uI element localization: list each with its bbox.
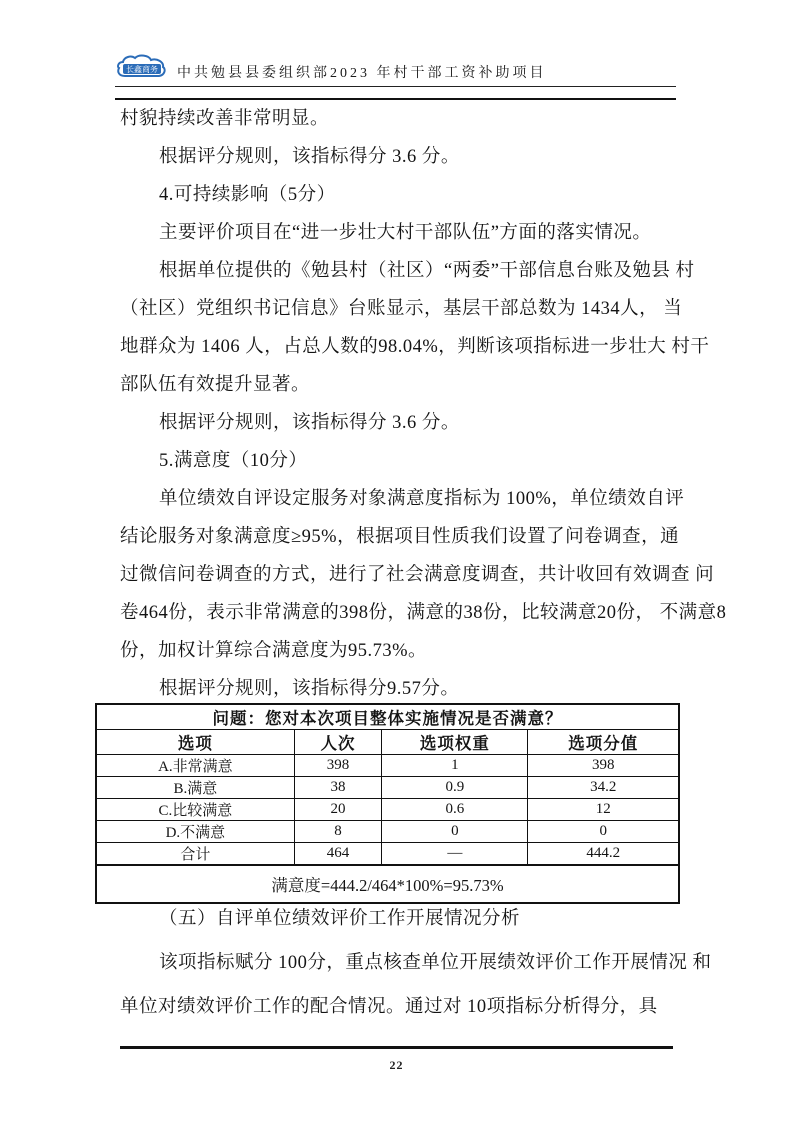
body-line: 根据评分规则，该指标得分 3.6 分。 bbox=[120, 138, 676, 176]
table-cell: 20 bbox=[294, 799, 381, 821]
body-line: 主要评价项目在“进一步壮大村干部队伍”方面的落实情况。 bbox=[120, 214, 676, 252]
page-header: 长鑫商务 中共勉县县委组织部2023 年村干部工资补助项目 bbox=[115, 52, 676, 102]
table-cell: 合计 bbox=[96, 843, 294, 866]
table-cell: 0.6 bbox=[382, 799, 528, 821]
body-line: 地群众为 1406 人，占总人数的98.04%，判断该项指标进一步壮大 村干 bbox=[120, 328, 676, 366]
body-line: 4.可持续影响（5分） bbox=[120, 176, 676, 214]
table-cell: C.比较满意 bbox=[96, 799, 294, 821]
company-cloud-logo: 长鑫商务 bbox=[115, 54, 167, 82]
table-column-header: 人次 bbox=[294, 730, 381, 755]
table-cell: 12 bbox=[528, 799, 679, 821]
table-question-row: 问题：您对本次项目整体实施情况是否满意？ bbox=[96, 704, 679, 730]
table-cell: 38 bbox=[294, 777, 381, 799]
table-column-header: 选项权重 bbox=[382, 730, 528, 755]
table-row: A.非常满意3981398 bbox=[96, 755, 679, 777]
table-question: 问题：您对本次项目整体实施情况是否满意？ bbox=[96, 704, 679, 730]
table-cell: 1 bbox=[382, 755, 528, 777]
table-cell: 398 bbox=[294, 755, 381, 777]
body-line: 结论服务对象满意度≥95%，根据项目性质我们设置了问卷调查，通 bbox=[120, 518, 676, 556]
body-line: 份，加权计算综合满意度为95.73%。 bbox=[120, 632, 676, 670]
cloud-logo-icon: 长鑫商务 bbox=[115, 54, 167, 82]
table-cell: 398 bbox=[528, 755, 679, 777]
body-line: 单位绩效自评设定服务对象满意度指标为 100%，单位绩效自评 bbox=[120, 480, 676, 518]
header-rule-thin bbox=[115, 86, 676, 87]
table-cell: 34.2 bbox=[528, 777, 679, 799]
table-cell: 464 bbox=[294, 843, 381, 866]
table-cell: D.不满意 bbox=[96, 821, 294, 843]
table-row: C.比较满意200.612 bbox=[96, 799, 679, 821]
body-line: 根据评分规则，该指标得分 3.6 分。 bbox=[120, 404, 676, 442]
body-line: 过微信问卷调查的方式，进行了社会满意度调查，共计收回有效调查 问 bbox=[120, 556, 676, 594]
body-line: （社区）党组织书记信息》台账显示，基层干部总数为 1434人， 当 bbox=[120, 290, 676, 328]
document-page: { "header": { "logo_text": "长鑫商务", "titl… bbox=[0, 0, 793, 1122]
table-row: 合计464—444.2 bbox=[96, 843, 679, 866]
document-header-title: 中共勉县县委组织部2023 年村干部工资补助项目 bbox=[177, 62, 547, 82]
table-column-header: 选项 bbox=[96, 730, 294, 755]
table-row: B.满意380.934.2 bbox=[96, 777, 679, 799]
page-number: 22 bbox=[0, 1058, 793, 1073]
body-line: 村貌持续改善非常明显。 bbox=[120, 100, 676, 138]
body-line: 根据单位提供的《勉县村（社区）“两委”干部信息台账及勉县 村 bbox=[120, 252, 676, 290]
body-line: 单位对绩效评价工作的配合情况。通过对 10项指标分析得分，具 bbox=[120, 985, 676, 1029]
body-line: （五）自评单位绩效评价工作开展情况分析 bbox=[120, 897, 676, 941]
table-cell: 8 bbox=[294, 821, 381, 843]
table-cell: B.满意 bbox=[96, 777, 294, 799]
logo-text: 长鑫商务 bbox=[126, 64, 158, 74]
body-line: 卷464份，表示非常满意的398份，满意的38份，比较满意20份， 不满意8 bbox=[120, 594, 676, 632]
table-cell: 0.9 bbox=[382, 777, 528, 799]
footer-rule bbox=[120, 1046, 673, 1049]
body-text-before-table: 村貌持续改善非常明显。根据评分规则，该指标得分 3.6 分。4.可持续影响（5分… bbox=[120, 100, 676, 708]
body-text-after-table: （五）自评单位绩效评价工作开展情况分析该项指标赋分 100分，重点核查单位开展绩… bbox=[120, 897, 676, 1029]
table-header-row: 选项人次选项权重选项分值 bbox=[96, 730, 679, 755]
table-cell: A.非常满意 bbox=[96, 755, 294, 777]
body-line: 部队伍有效提升显著。 bbox=[120, 366, 676, 404]
body-line: 5.满意度（10分） bbox=[120, 442, 676, 480]
table-cell: — bbox=[382, 843, 528, 866]
table-cell: 0 bbox=[528, 821, 679, 843]
satisfaction-survey-table: 问题：您对本次项目整体实施情况是否满意？ 选项人次选项权重选项分值 A.非常满意… bbox=[95, 703, 680, 904]
table-cell: 444.2 bbox=[528, 843, 679, 866]
table-row: D.不满意800 bbox=[96, 821, 679, 843]
body-line: 该项指标赋分 100分，重点核查单位开展绩效评价工作开展情况 和 bbox=[120, 941, 676, 985]
table-column-header: 选项分值 bbox=[528, 730, 679, 755]
table-cell: 0 bbox=[382, 821, 528, 843]
